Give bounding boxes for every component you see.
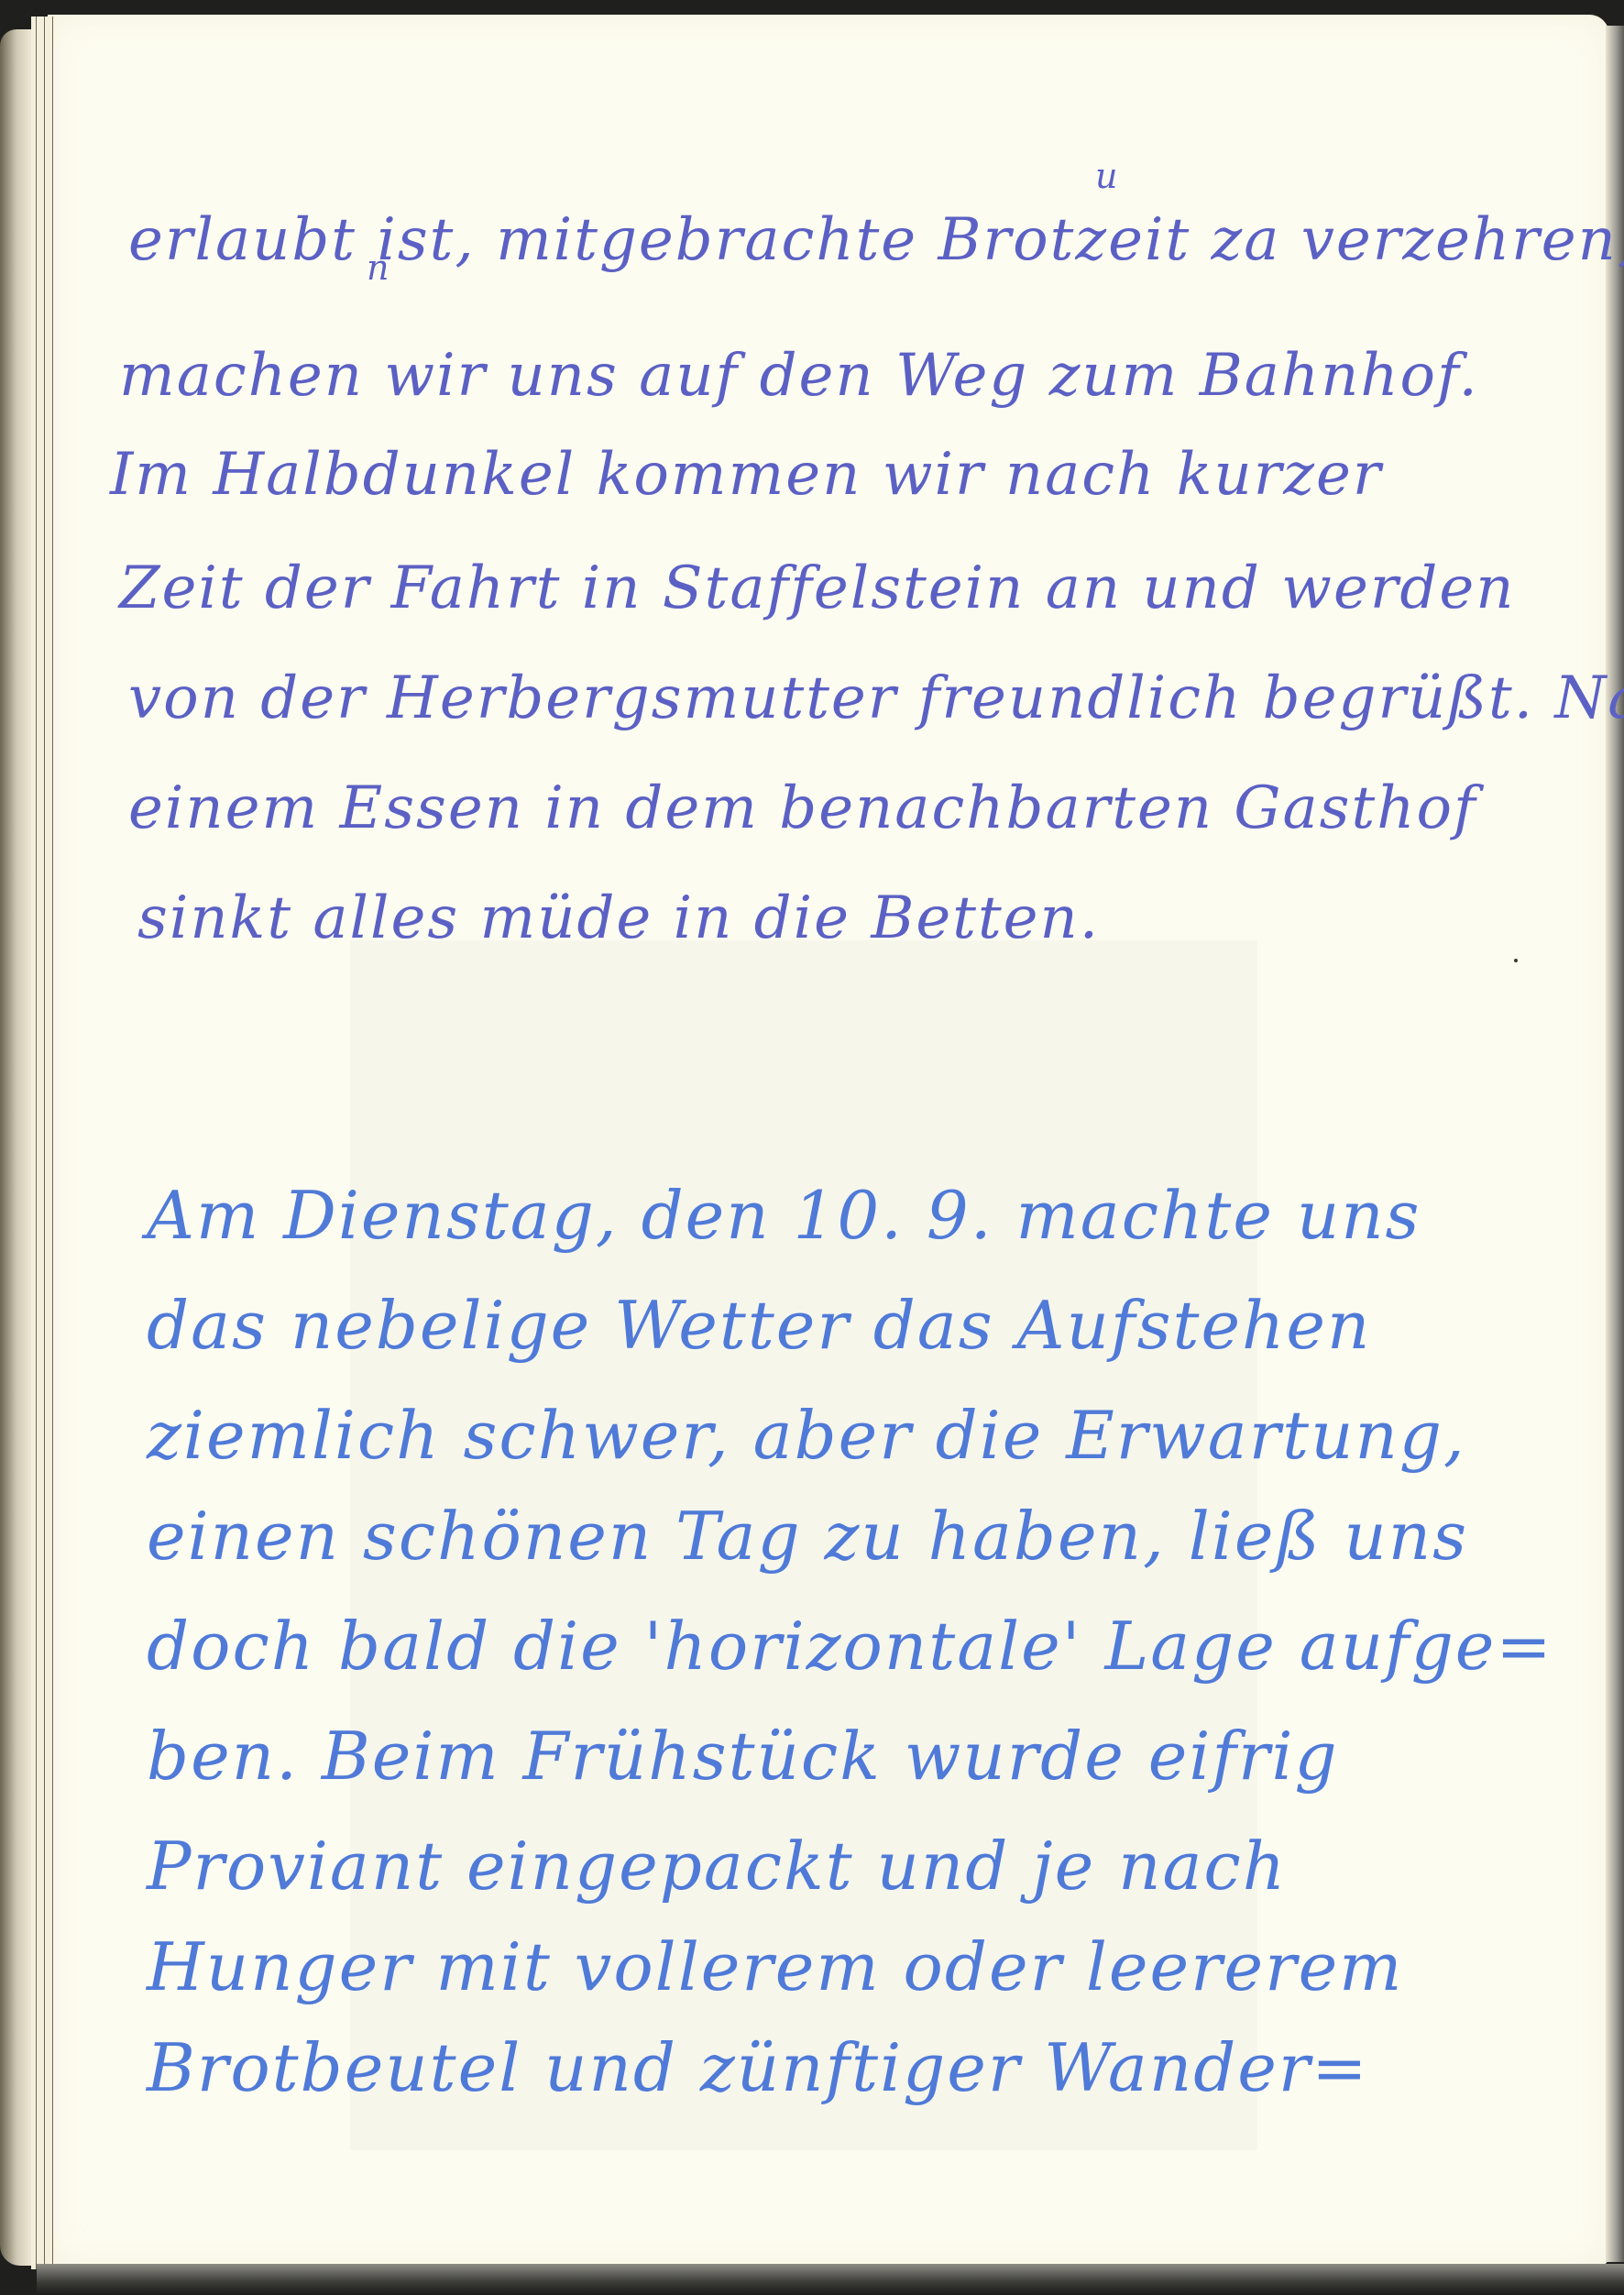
page-curl-right <box>1606 26 1624 2262</box>
text-line: das nebelige Wetter das Aufstehen <box>147 1292 1371 1358</box>
text-line: Hunger mit vollerem oder leererem <box>147 1934 1403 2000</box>
text-line: einem Essen in dem benachbarten Gasthof <box>128 779 1477 838</box>
text-line: machen wir uns auf den Weg zum Bahnhof. <box>119 346 1479 405</box>
text-line: Proviant eingepackt und je nach <box>147 1833 1287 1899</box>
text-line: Brotbeutel und zünftiger Wander= <box>147 2035 1369 2101</box>
text-line: ben. Beim Frühstück wurde eifrig <box>147 1723 1339 1789</box>
text-line: Im Halbdunkel kommen wir nach kurzer <box>110 445 1382 504</box>
inserted-correction: u <box>1095 156 1117 196</box>
text-line: doch bald die 'horizontale' Lage aufge= <box>147 1613 1553 1679</box>
text-line: einen schönen Tag zu haben, ließ uns <box>147 1503 1468 1569</box>
text-line: sinkt alles müde in die Betten. <box>137 889 1100 948</box>
text-line: erlaubt ist, mitgebrachte Brotzeit za ve… <box>128 211 1624 269</box>
inserted-correction: n <box>367 247 389 288</box>
ink-dot <box>1514 959 1518 962</box>
text-line: ziemlich schwer, aber die Erwartung, <box>147 1402 1466 1468</box>
bottom-shadow <box>37 2264 1624 2295</box>
text-line: Zeit der Fahrt in Staffelstein an und we… <box>119 559 1515 618</box>
text-line: von der Herbergsmutter freundlich begrüß… <box>128 669 1624 728</box>
page-edge-lines <box>31 16 53 2269</box>
text-line: Am Dienstag, den 10. 9. machte uns <box>147 1182 1421 1248</box>
